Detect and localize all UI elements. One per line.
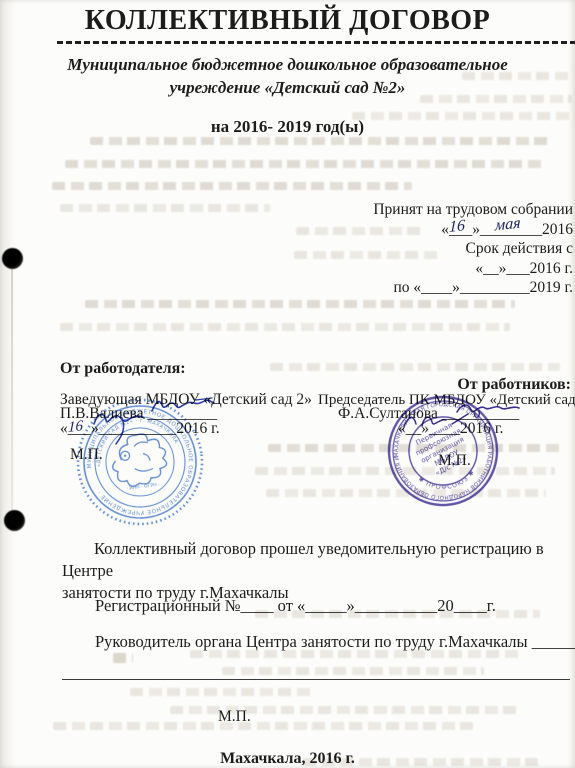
document-title: КОЛЛЕКТИВНЫЙ ДОГОВОР <box>0 5 575 37</box>
seal-place-mark: М.П. <box>218 708 251 726</box>
adoption-block: Принят на трудовом собрании «___»_______… <box>273 202 573 300</box>
adoption-heading: Принят на трудовом собрании <box>273 202 573 219</box>
bleed-through-line <box>53 722 473 730</box>
punch-hole <box>4 510 25 531</box>
punch-hole <box>2 248 23 269</box>
bleed-through-line <box>65 160 545 168</box>
bleed-through-line <box>60 323 510 331</box>
institution-name-line1: Муниципальное бюджетное дошкольное образ… <box>0 54 575 76</box>
dashed-divider <box>57 41 575 44</box>
bleed-through-line <box>90 137 550 145</box>
bleed-through-line <box>270 363 560 371</box>
agreement-period: на 2016- 2019 год(ы) <box>0 117 575 137</box>
bleed-through-line <box>60 204 270 212</box>
registration-head-line: Руководитель органа Центра занятости по … <box>95 631 575 653</box>
validity-to-line: по «____»_________2019 г. <box>273 280 573 297</box>
footer-city-year: Махачкала, 2016 г. <box>0 750 575 768</box>
registration-line1: Коллективный договор прошел уведомительн… <box>62 539 544 580</box>
ink-smudge <box>113 653 133 663</box>
bleed-through-line <box>52 182 412 190</box>
scanned-document-page: КОЛЛЕКТИВНЫЙ ДОГОВОР Муниципальное бюдже… <box>0 0 575 768</box>
paper-crease <box>11 260 13 516</box>
adoption-date-line: «___»________2016 <box>273 222 573 239</box>
institution-name-line2: учреждение «Детский сад №2» <box>0 77 575 99</box>
bleed-through-line <box>85 300 515 308</box>
signature-line <box>62 679 570 680</box>
handwritten-day: 16 <box>449 217 466 237</box>
validity-from-line: «__»___2016 г. <box>273 261 573 278</box>
bleed-through-line <box>130 688 315 696</box>
employer-heading: От работодателя: <box>60 361 186 378</box>
registration-number-line: Регистрационный №____ от «_____»________… <box>95 595 496 617</box>
round-stamp-union: МАХАЧКАЛИНСКАЯ ГОРОДСКАЯ ОРГАНИЗАЦИЯ РАБ… <box>376 384 509 517</box>
bleed-through-line <box>222 667 484 675</box>
round-stamp-employer: МУНИЦИПАЛЬНОЕ БЮДЖЕТНОЕ ДОШКОЛЬНОЕ ОБРАЗ… <box>66 388 213 535</box>
handwritten-month: мая <box>495 215 521 236</box>
validity-label: Срок действия с <box>273 241 573 258</box>
